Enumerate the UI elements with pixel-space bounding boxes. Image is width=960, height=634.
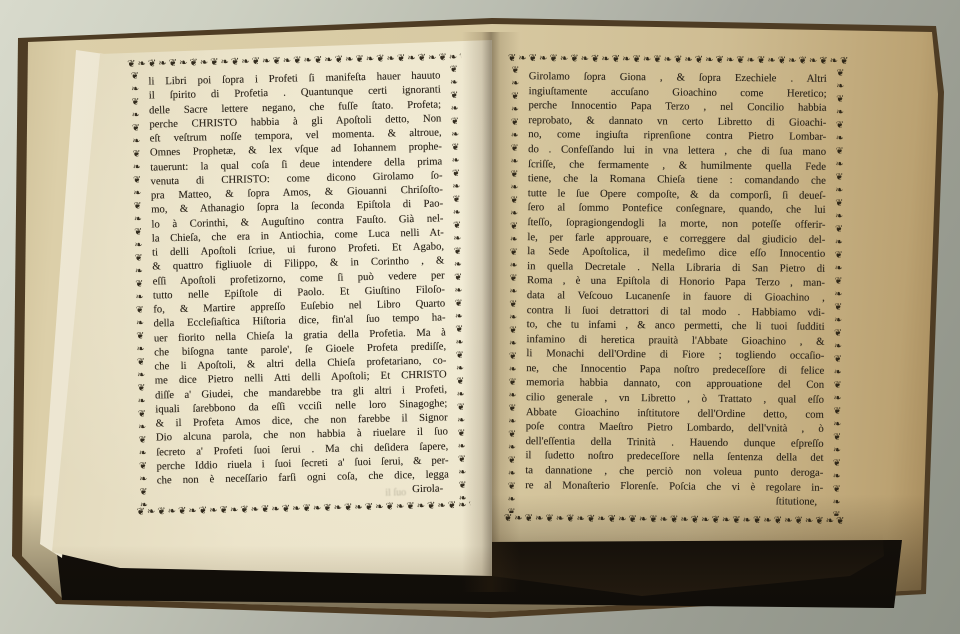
photograph: ❦❧❦❧❦❧❦❧❦❧❦❧❦❧❦❧❦❧❦❧❦❧❦❧❦❧❦❧❦❧❦❧❦❧❦❧❦❧❦❧… xyxy=(0,0,960,634)
fleuron-border-bottom-icon: ❦❧❦❧❦❧❦❧❦❧❦❧❦❧❦❧❦❧❦❧❦❧❦❧❦❧❦❧❦❧❦❧❦❧❦❧❦❧❦❧ xyxy=(504,512,844,529)
fleuron-border-top-icon: ❦❧❦❧❦❧❦❧❦❧❦❧❦❧❦❧❦❧❦❧❦❧❦❧❦❧❦❧❦❧❦❧❦❧❦❧❦❧❦❧ xyxy=(508,52,848,69)
right-page-printed-frame: ❦❧❦❧❦❧❦❧❦❧❦❧❦❧❦❧❦❧❦❧❦❧❦❧❦❧❦❧❦❧❦❧❦❧❦❧❦❧❦❧… xyxy=(504,52,848,529)
fleuron-border-left-icon: ❦❧❦❧❦❧❦❧❦❧❦❧❦❧❦❧❦❧❦❧❦❧❦❧❦❧❦❧❦❧❦❧❦❧❦❧❦❧❦❧… xyxy=(504,65,523,513)
left-page-lines: li Libri poi ſopra i Profeti ſi manifeſt… xyxy=(148,68,449,487)
right-page-text: Girolamo ſopra Giona , & ſopra Ezechiele… xyxy=(525,69,827,514)
left-page-text: li Libri poi ſopra i Profeti ſi manifeſt… xyxy=(148,68,449,504)
right-page-lines: Girolamo ſopra Giona , & ſopra Ezechiele… xyxy=(525,69,827,495)
catchword: ſtitutione, xyxy=(525,492,823,509)
left-page-printed-frame: ❦❧❦❧❦❧❦❧❦❧❦❧❦❧❦❧❦❧❦❧❦❧❦❧❦❧❦❧❦❧❦❧❦❧❦❧❦❧❦❧… xyxy=(127,51,471,520)
text-line: re al Monaſterio Florenſe. Poſcia che vi… xyxy=(525,478,823,495)
ink-show-through: il ſuo xyxy=(385,487,406,498)
